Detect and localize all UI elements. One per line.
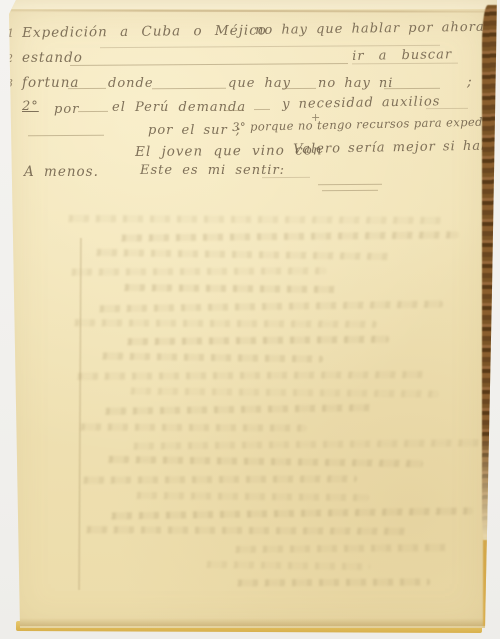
- blank-rule: [254, 109, 270, 110]
- manuscript-line-3-word-2: donde: [108, 76, 154, 91]
- manuscript-line-3-semicolon: ;: [467, 74, 473, 90]
- manuscript-line-1-right: no hay que hablar por ahora ; 1°: [255, 19, 500, 38]
- manuscript-line-5-right: 3° porque no tengo recursos para expedic…: [232, 114, 500, 134]
- ghost-text-row: [93, 300, 443, 312]
- ghost-text-row: [229, 544, 450, 553]
- bleedthrough-margin-line: [78, 238, 82, 590]
- ghost-text-row: [62, 215, 447, 224]
- top-crease-line: [6, 9, 496, 12]
- manuscript-line-2-left: estando: [22, 50, 83, 66]
- manuscript-paper: 1 2 3 4 5 6 7 Expedición a Cuba o Méjico…: [0, 0, 500, 639]
- ghost-text-row: [102, 456, 423, 467]
- blank-rule: [28, 135, 104, 137]
- manuscript-line-7-left: A menos.: [24, 164, 99, 180]
- ghost-text-row: [65, 267, 327, 275]
- scanned-manuscript-photo: 1 2 3 4 5 6 7 Expedición a Cuba o Méjico…: [0, 0, 500, 639]
- paper-bottom-edge: [14, 618, 490, 626]
- ghost-text-row: [71, 371, 427, 380]
- paper-top-edge: [0, 0, 500, 9]
- line-number-7: 7: [4, 166, 12, 179]
- blank-rule: [152, 88, 226, 90]
- line-number-3: 3: [6, 77, 14, 90]
- blank-rule: [384, 88, 440, 89]
- ghost-text-row: [118, 284, 339, 293]
- ghost-text-row: [127, 439, 489, 449]
- ghost-text-row: [121, 336, 389, 346]
- manuscript-line-4-word: por: [54, 102, 79, 117]
- ghost-text-row: [231, 579, 430, 587]
- line-number-5: 5: [4, 124, 12, 137]
- ghost-text-row: [130, 492, 369, 501]
- blank-rule: [262, 177, 310, 178]
- ghost-text-row: [74, 423, 307, 431]
- blank-rule: [352, 63, 458, 65]
- manuscript-line-3-word-4: no hay ni: [318, 76, 393, 91]
- manuscript-line-4-right: y necesidad auxilios: [282, 94, 441, 112]
- manuscript-line-5-left: por el sur ;: [148, 123, 241, 138]
- ghost-text-row: [90, 248, 393, 259]
- blank-rule: [318, 184, 382, 185]
- blank-rule: [224, 110, 244, 111]
- manuscript-line-3-word-3: que hay: [228, 76, 291, 91]
- manuscript-line-4-ordinal: 2°: [22, 99, 39, 114]
- blank-rule: [70, 63, 348, 66]
- ghost-text-row: [200, 561, 370, 570]
- insertion-plus-mark: +: [311, 111, 321, 124]
- ghost-text-row: [77, 475, 357, 483]
- line-number-4: 4: [4, 101, 12, 114]
- blank-rule: [78, 111, 108, 112]
- ghost-text-row: [105, 508, 473, 520]
- ghost-text-row: [68, 319, 377, 328]
- burnt-right-edge-tail: [483, 540, 488, 626]
- manuscript-line-7-right: Este es mi sentir:: [140, 163, 285, 178]
- ghost-text-row: [124, 387, 439, 397]
- manuscript-line-2-right: ir a buscar: [352, 47, 452, 64]
- manuscript-line-4-middle: el Perú demanda: [112, 100, 246, 115]
- line-number-6: 6: [4, 147, 12, 160]
- blank-rule: [322, 190, 378, 191]
- ghost-text-row: [96, 353, 323, 363]
- manuscript-line-6-right: Valero sería mejor si habla =: [293, 138, 500, 157]
- ghost-text-row: [99, 404, 373, 415]
- blank-rule: [426, 108, 468, 109]
- line-number-2: 2: [6, 52, 14, 65]
- blank-rule: [283, 88, 316, 89]
- manuscript-line-1-left: Expedición a Cuba o Méjico: [22, 22, 267, 41]
- ghost-text-row: [115, 232, 459, 242]
- ghost-text-row: [80, 527, 407, 536]
- blank-rule: [68, 88, 106, 89]
- line-number-1: 1: [7, 27, 15, 40]
- burnt-right-edge: [482, 5, 497, 553]
